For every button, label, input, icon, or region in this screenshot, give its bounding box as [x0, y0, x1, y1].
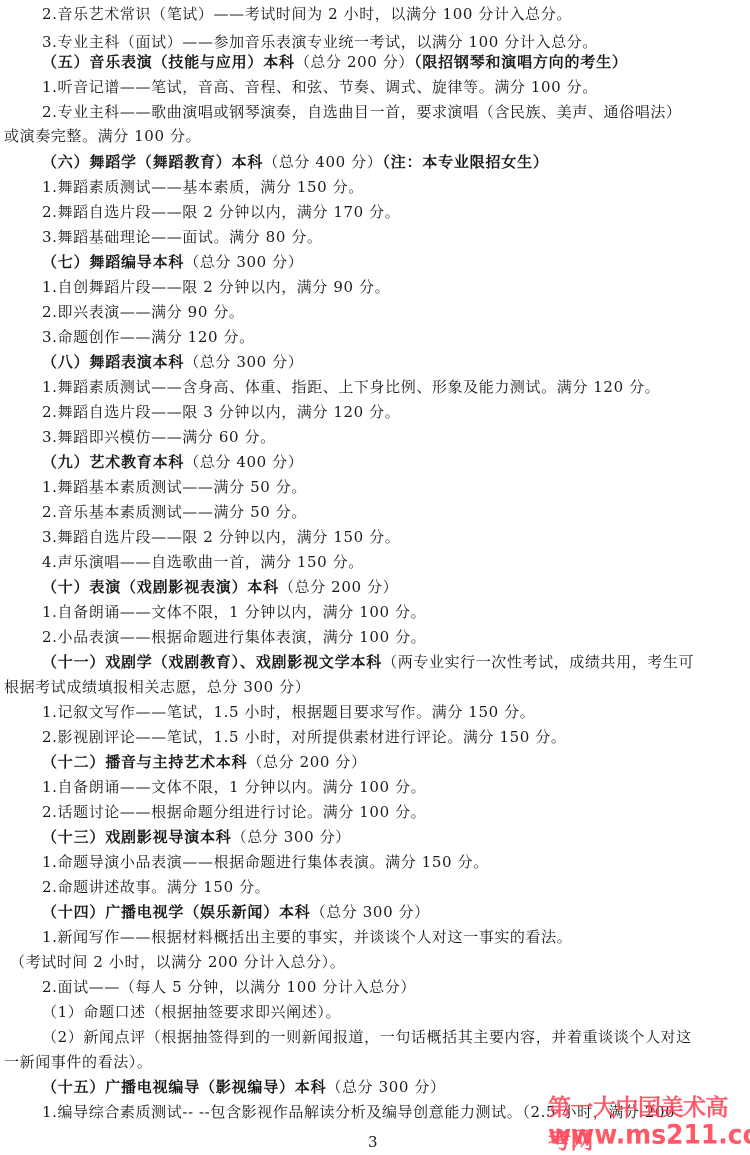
section-total: （总分 300 分）: [184, 353, 303, 371]
exam-item: 2.音乐基本素质测试——满分 50 分。: [42, 502, 307, 522]
exam-item: 3.舞蹈基础理论——面试。满分 80 分。: [42, 227, 323, 247]
exam-item: 1.新闻写作——根据材料概括出主要的事实，并谈谈个人对这一事实的看法。: [42, 927, 572, 947]
section-title: （六）舞蹈学（舞蹈教育）本科: [42, 153, 263, 171]
exam-item: 2.舞蹈自选片段——限 3 分钟以内，满分 120 分。: [42, 402, 400, 422]
exam-item: 1.舞蹈素质测试——基本素质，满分 150 分。: [42, 177, 364, 197]
section-note: （注：本专业限招女生）: [382, 153, 548, 171]
section-note: （限招钢琴和演唱方向的考生）: [414, 53, 628, 71]
section-title: （十二）播音与主持艺术本科: [42, 753, 247, 771]
exam-item: 1.自备朗诵——文体不限，1 分钟以内，满分 100 分。: [42, 602, 426, 622]
section-title: （十四）广播电视学（娱乐新闻）本科: [42, 903, 311, 921]
section-heading: （八）舞蹈表演本科（总分 300 分）: [42, 352, 303, 372]
section-heading: （十）表演（戏剧影视表演）本科（总分 200 分）: [42, 577, 398, 597]
section-title: （十一）戏剧学（戏剧教育）、戏剧影视文学本科: [42, 653, 382, 671]
exam-item: 4.声乐演唱——自选歌曲一首，满分 150 分。: [42, 552, 364, 572]
section-heading-continuation: 根据考试成绩填报相关志愿，总分 300 分）: [4, 677, 310, 697]
exam-item: 3.命题创作——满分 120 分。: [42, 327, 255, 347]
exam-sub-item: （2）新闻点评（根据抽签得到的一则新闻报道，一句话概括其主要内容，并着重谈谈个人…: [42, 1027, 692, 1047]
section-total: （两专业实行一次性考试，成绩共用，考生可: [382, 653, 694, 671]
exam-item: 2.话题讨论——根据命题分组进行讨论。满分 100 分。: [42, 802, 426, 822]
exam-item: 2.音乐艺术常识（笔试）——考试时间为 2 小时，以满分 100 分计入总分。: [42, 4, 572, 24]
section-title: （七）舞蹈编导本科: [42, 253, 184, 271]
section-title: （五）音乐表演（技能与应用）本科: [42, 53, 295, 71]
exam-item: 2.小品表演——根据命题进行集体表演，满分 100 分。: [42, 627, 426, 647]
section-total: （总分 200 分）: [247, 753, 366, 771]
exam-item: 1.记叙文写作——笔试，1.5 小时，根据题目要求写作。满分 150 分。: [42, 702, 535, 722]
exam-item: 2.即兴表演——满分 90 分。: [42, 302, 245, 322]
section-total: （总分 400 分）: [184, 453, 303, 471]
section-title: （十）表演（戏剧影视表演）本科: [42, 578, 279, 596]
exam-item: 1.听音记谱——笔试，音高、音程、和弦、节奏、调式、旋律等。满分 100 分。: [42, 77, 598, 97]
section-heading: （七）舞蹈编导本科（总分 300 分）: [42, 252, 303, 272]
section-total: （总分 200 分）: [279, 578, 398, 596]
exam-item: 2.面试——（每人 5 分钟，以满分 100 分计入总分）: [42, 977, 416, 997]
section-total: （总分 300 分）: [184, 253, 303, 271]
section-total: （总分 300 分）: [326, 1078, 445, 1096]
exam-item: 1.自备朗诵——文体不限，1 分钟以内。满分 100 分。: [42, 777, 426, 797]
exam-item: 1.自创舞蹈片段——限 2 分钟以内，满分 90 分。: [42, 277, 390, 297]
exam-item: 2.命题讲述故事。满分 150 分。: [42, 877, 270, 897]
exam-sub-item-continuation: 一新闻事件的看法）。: [4, 1052, 153, 1072]
section-total: （总分 400 分）: [263, 153, 382, 171]
watermark-url: www.ms211.com: [548, 1119, 750, 1149]
exam-item: 1.舞蹈素质测试——含身高、体重、指距、上下身比例、形象及能力测试。满分 120…: [42, 377, 660, 397]
document-page: 2.音乐艺术常识（笔试）——考试时间为 2 小时，以满分 100 分计入总分。 …: [0, 0, 750, 1155]
exam-item: 2.专业主科——歌曲演唱或钢琴演奏，自选曲目一首，要求演唱（含民族、美声、通俗唱…: [42, 102, 682, 122]
exam-item: 3.专业主科（面试）——参加音乐表演专业统一考试，以满分 100 分计入总分。: [42, 32, 598, 52]
exam-item: 2.影视剧评论——笔试，1.5 小时，对所提供素材进行评论。满分 150 分。: [42, 727, 567, 747]
exam-sub-item: （1）命题口述（根据抽签要求即兴阐述）。: [42, 1002, 341, 1022]
section-total: （总分 300 分）: [311, 903, 430, 921]
section-heading: （十三）戏剧影视导演本科（总分 300 分）: [42, 827, 351, 847]
exam-item: 2.舞蹈自选片段——限 2 分钟以内，满分 170 分。: [42, 202, 400, 222]
section-total: （总分 300 分）: [232, 828, 351, 846]
exam-item-continuation: （考试时间 2 小时，以满分 200 分计入总分）。: [10, 952, 345, 972]
section-heading: （五）音乐表演（技能与应用）本科（总分 200 分）（限招钢琴和演唱方向的考生）: [42, 52, 628, 72]
section-title: （十五）广播电视编导（影视编导）本科: [42, 1078, 326, 1096]
exam-item: 3.舞蹈自选片段——限 2 分钟以内，满分 150 分。: [42, 527, 400, 547]
section-title: （八）舞蹈表演本科: [42, 353, 184, 371]
section-title: （九）艺术教育本科: [42, 453, 184, 471]
exam-item: 1.命题导演小品表演——根据命题进行集体表演。满分 150 分。: [42, 852, 489, 872]
section-heading: （十四）广播电视学（娱乐新闻）本科（总分 300 分）: [42, 902, 430, 922]
section-heading: （十五）广播电视编导（影视编导）本科（总分 300 分）: [42, 1077, 446, 1097]
exam-item-continuation: 或演奏完整。满分 100 分。: [4, 126, 201, 146]
section-total: （总分 200 分）: [295, 53, 414, 71]
exam-item: 1.舞蹈基本素质测试——满分 50 分。: [42, 477, 307, 497]
section-title: （十三）戏剧影视导演本科: [42, 828, 232, 846]
section-heading: （十一）戏剧学（戏剧教育）、戏剧影视文学本科（两专业实行一次性考试，成绩共用，考…: [42, 652, 694, 672]
section-heading: （六）舞蹈学（舞蹈教育）本科（总分 400 分）（注：本专业限招女生）: [42, 152, 549, 172]
page-number: 3: [368, 1133, 378, 1151]
section-heading: （十二）播音与主持艺术本科（总分 200 分）: [42, 752, 367, 772]
exam-item: 3.舞蹈即兴模仿——满分 60 分。: [42, 427, 276, 447]
section-heading: （九）艺术教育本科（总分 400 分）: [42, 452, 303, 472]
